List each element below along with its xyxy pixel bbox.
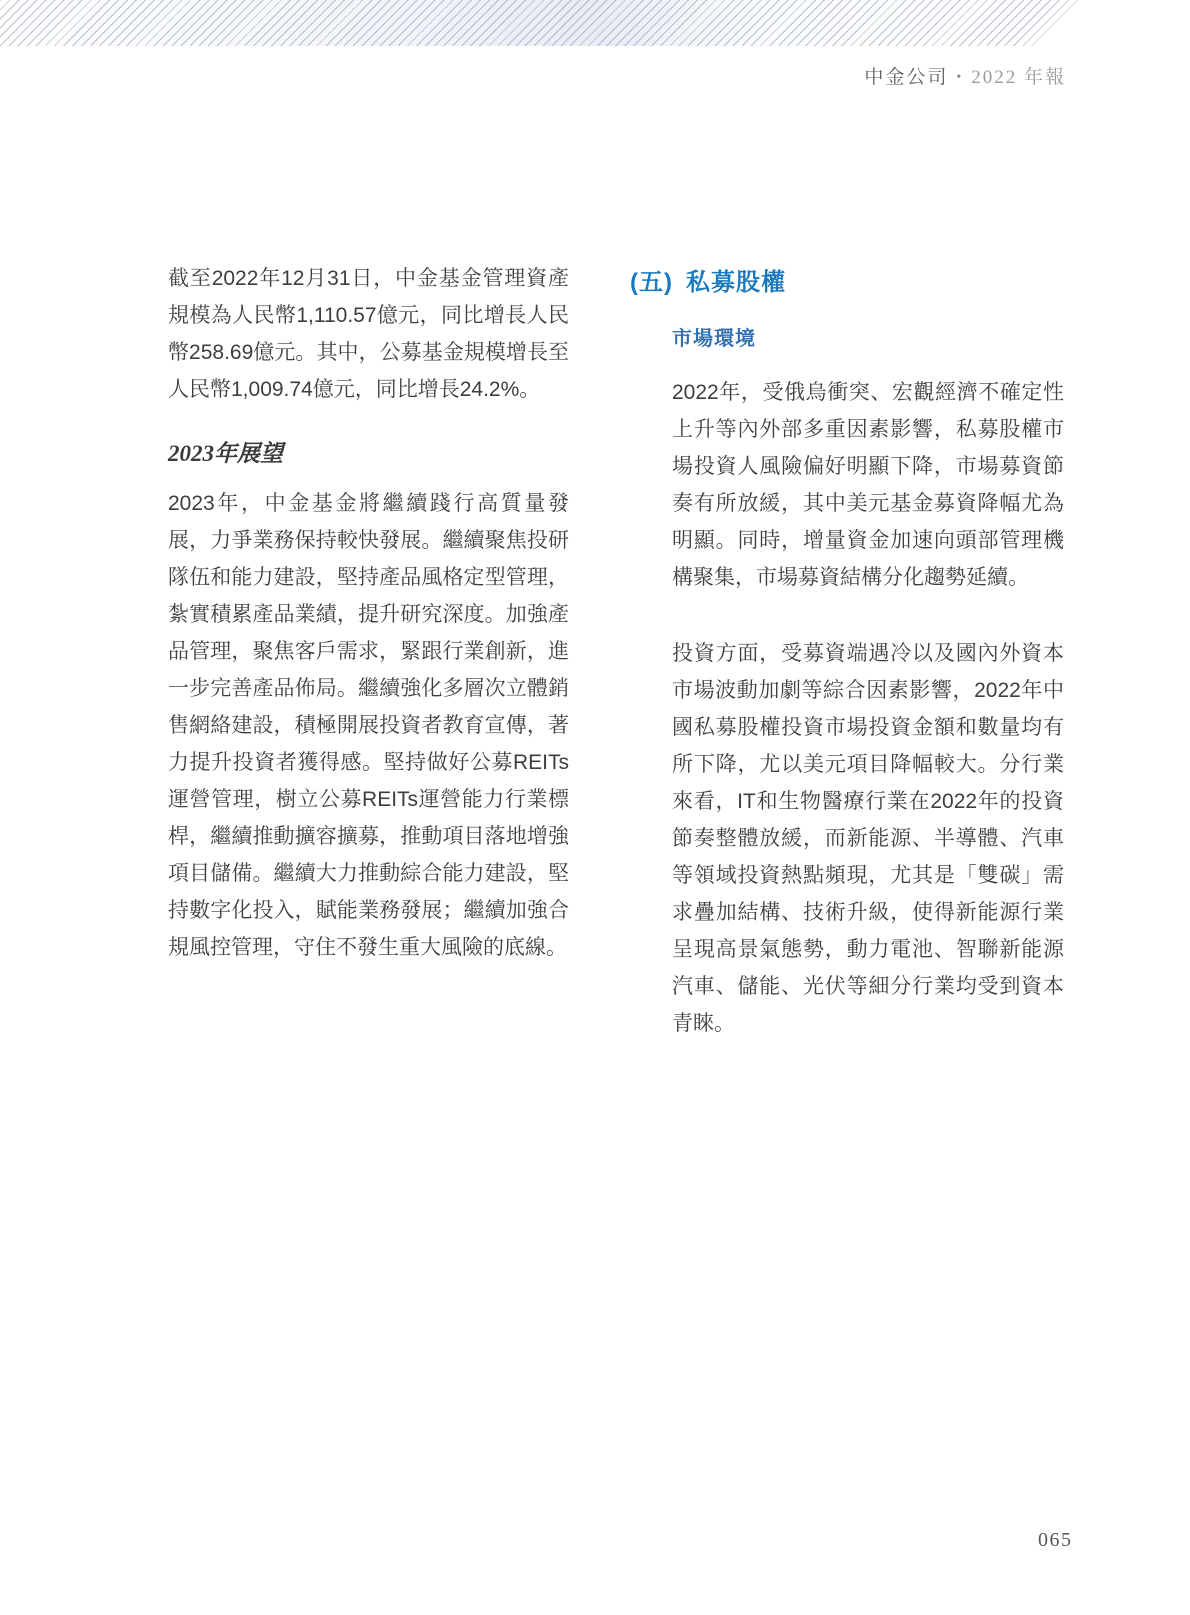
outlook-paragraph: 2023年，中金基金將繼續踐行高質量發展，力爭業務保持較快發展。繼續聚焦投研隊伍…	[168, 485, 569, 966]
right-text-column: (五) 私募股權 市場環境 2022年，受俄烏衝突、宏觀經濟不確定性上升等內外部…	[630, 262, 1064, 1042]
market-environment-paragraph-2: 投資方面，受募資端遇冷以及國內外資本市場波動加劇等綜合因素影響，2022年中國私…	[672, 635, 1064, 1042]
left-text-column: 截至2022年12月31日，中金基金管理資產規模為人民幣1,110.57億元，同…	[168, 260, 569, 966]
section-title: 私募股權	[686, 262, 786, 297]
aum-paragraph: 截至2022年12月31日，中金基金管理資產規模為人民幣1,110.57億元，同…	[168, 260, 569, 408]
bullet-separator-icon: •	[956, 70, 963, 85]
page-number: 065	[1038, 1529, 1073, 1552]
section-body: 市場環境 2022年，受俄烏衝突、宏觀經濟不確定性上升等內外部多重因素影響，私募…	[672, 322, 1064, 1042]
running-head-company: 中金公司	[864, 67, 948, 88]
top-hatch-decoration	[0, 0, 1078, 46]
subsection-heading-market-environment: 市場環境	[672, 322, 1064, 351]
market-environment-paragraph-1: 2022年，受俄烏衝突、宏觀經濟不確定性上升等內外部多重因素影響，私募股權市場投…	[672, 374, 1064, 596]
section-heading-private-equity: (五) 私募股權	[630, 262, 1064, 297]
running-head-report-title: 2022 年報	[971, 67, 1066, 88]
outlook-2023-heading: 2023年展望	[168, 435, 569, 468]
running-head: 中金公司•2022 年報	[864, 62, 1066, 89]
annual-report-page: { "header": { "company": "中金公司", "separa…	[0, 0, 1190, 1615]
section-number: (五)	[630, 262, 673, 297]
